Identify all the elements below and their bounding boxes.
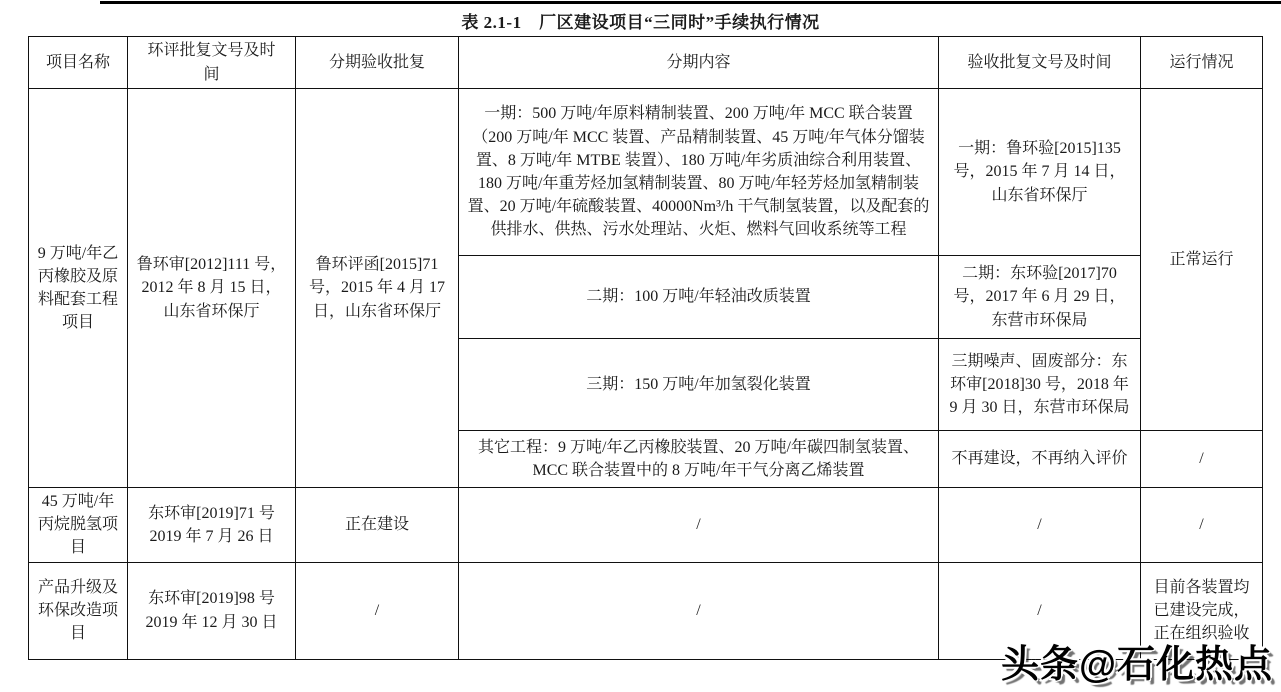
cell-project3-name: 产品升级及环保改造项目 — [29, 562, 128, 659]
cell-project3-phase-approval: / — [296, 562, 459, 659]
cell-project1-other-content: 其它工程：9 万吨/年乙丙橡胶装置、20 万吨/年碳四制氢装置、MCC 联合装置… — [459, 431, 939, 488]
cell-project1-phase1-acceptance: 一期：鲁环验[2015]135 号，2015 年 7 月 14 日，山东省环保厅 — [939, 89, 1141, 256]
cell-project2-name: 45 万吨/年丙烷脱氢项目 — [29, 488, 128, 563]
cell-project1-phase-approval: 鲁环评函[2015]71 号，2015 年 4 月 17 日，山东省环保厅 — [296, 89, 459, 488]
table-row-project2: 45 万吨/年丙烷脱氢项目 东环审[2019]71 号 2019 年 7 月 2… — [29, 488, 1263, 563]
santongshi-status-table: 项目名称 环评批复文号及时间 分期验收批复 分期内容 验收批复文号及时间 运行情… — [28, 36, 1263, 660]
watermark-toutiao: 头条@石化热点 — [1001, 633, 1273, 688]
table-row-project1-phase1: 9 万吨/年乙丙橡胶及原料配套工程项目 鲁环审[2012]111 号，2012 … — [29, 89, 1263, 256]
cell-project1-phase2-content: 二期：100 万吨/年轻油改质装置 — [459, 256, 939, 339]
cell-project1-other-acceptance: 不再建设，不再纳入评价 — [939, 431, 1141, 488]
cell-project3-phase-content: / — [459, 562, 939, 659]
cell-project2-eia: 东环审[2019]71 号 2019 年 7 月 26 日 — [128, 488, 296, 563]
header-row: 项目名称 环评批复文号及时间 分期验收批复 分期内容 验收批复文号及时间 运行情… — [29, 37, 1263, 89]
document-page: 表 2.1-1 厂区建设项目“三同时”手续执行情况 项目名称 环评批复文号及时间… — [0, 0, 1281, 692]
table-title: 表 2.1-1 厂区建设项目“三同时”手续执行情况 — [0, 8, 1281, 33]
cell-project1-other-status: / — [1141, 431, 1263, 488]
cell-project1-phase3-content: 三期：150 万吨/年加氢裂化装置 — [459, 339, 939, 431]
cell-project1-eia: 鲁环审[2012]111 号，2012 年 8 月 15 日，山东省环保厅 — [128, 89, 296, 488]
cell-project1-phase1-content: 一期：500 万吨/年原料精制装置、200 万吨/年 MCC 联合装置（200 … — [459, 89, 939, 256]
cell-project2-acceptance: / — [939, 488, 1141, 563]
header-acceptance-doc: 验收批复文号及时间 — [939, 37, 1141, 89]
cell-project2-status: / — [1141, 488, 1263, 563]
cell-project3-eia: 东环审[2019]98 号 2019 年 12 月 30 日 — [128, 562, 296, 659]
cell-project2-phase-content: / — [459, 488, 939, 563]
cell-project1-phase3-acceptance: 三期噪声、固废部分：东环审[2018]30 号，2018 年 9 月 30 日，… — [939, 339, 1141, 431]
header-operation-status: 运行情况 — [1141, 37, 1263, 89]
header-phase-acceptance-approval: 分期验收批复 — [296, 37, 459, 89]
top-rule — [100, 1, 1281, 4]
cell-project1-phase2-acceptance: 二期：东环验[2017]70 号，2017 年 6 月 29 日，东营市环保局 — [939, 256, 1141, 339]
header-eia-approval: 环评批复文号及时间 — [128, 37, 296, 89]
cell-project2-phase-approval: 正在建设 — [296, 488, 459, 563]
header-project-name: 项目名称 — [29, 37, 128, 89]
cell-project1-name: 9 万吨/年乙丙橡胶及原料配套工程项目 — [29, 89, 128, 488]
cell-project1-status: 正常运行 — [1141, 89, 1263, 431]
header-phase-content: 分期内容 — [459, 37, 939, 89]
